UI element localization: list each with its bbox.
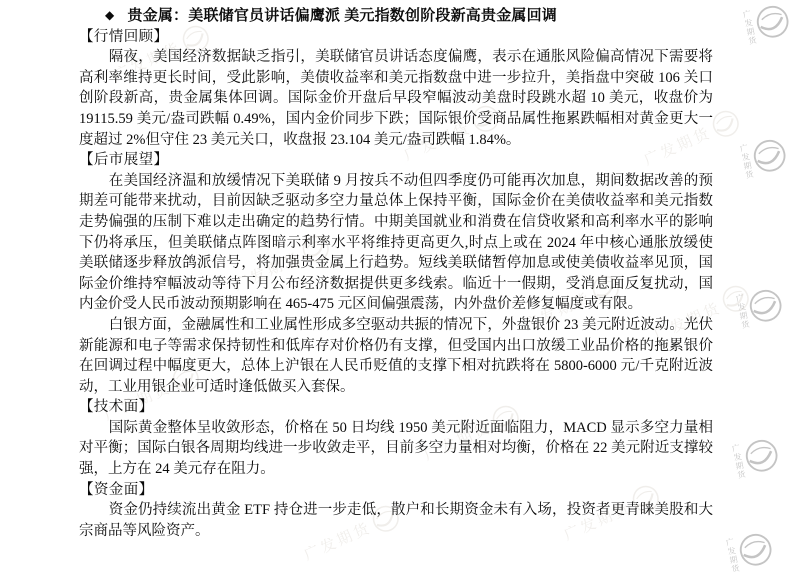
gf-futures-logo-icon — [735, 530, 775, 570]
paragraph-funds: 资金仍持续流出黄金 ETF 持仓进一步走低，散户和长期资金未有入场，投资者更青睐… — [79, 500, 713, 541]
paragraph-market-review: 隔夜，美国经济数据缺乏指引，美联储官员讲话态度偏鹰，表示在通胀风险偏高情况下需要… — [79, 47, 713, 150]
gf-futures-logo-icon — [749, 136, 789, 176]
watermark-brand-text: 广发期货 — [734, 293, 750, 330]
paragraph-outlook-gold: 在美国经济温和放缓情况下美联储 9 月按兵不动但四季度仍可能再次加息，期间数据改… — [79, 171, 713, 315]
gf-futures-logo-icon — [741, 436, 781, 476]
gf-futures-watermark: 广发期货 — [730, 436, 782, 481]
gf-futures-watermark: 广发期货 — [724, 530, 776, 572]
paragraph-technical: 国际黄金整体呈收敛形态，价格在 50 日均线 1950 美元附近面临阻力，MAC… — [79, 418, 713, 480]
gf-futures-logo-icon — [752, 2, 792, 42]
diamond-bullet-icon: ◆ — [105, 5, 114, 26]
document-page: 广发期货 广发期货 广发期货 广发期货 — [0, 0, 792, 572]
gf-futures-logo-icon — [745, 286, 785, 326]
watermark-brand-text: 广发期货 — [730, 443, 746, 480]
section-heading-funds: 【资金面】 — [79, 480, 713, 501]
section-heading-technical: 【技术面】 — [79, 397, 713, 418]
paragraph-outlook-silver: 白银方面，金融属性和工业属性形成多空驱动共振的情况下，外盘银价 23 美元附近波… — [79, 315, 713, 397]
gf-futures-watermark: 广发期货 — [738, 136, 790, 181]
gf-futures-watermark: 广发期货 — [741, 2, 792, 47]
section-heading-outlook: 【后市展望】 — [79, 150, 713, 171]
report-title-text: 贵金属：美联储官员讲话偏鹰派 美元指数创阶段新高贵金属回调 — [127, 8, 557, 24]
gf-futures-logo-icon — [717, 280, 754, 317]
watermark-brand-text: 广发期货 — [724, 537, 740, 572]
report-title: ◆贵金属：美联储官员讲话偏鹰派 美元指数创阶段新高贵金属回调 — [79, 5, 713, 27]
watermark-brand-text: 广发期货 — [741, 9, 757, 46]
report-body: ◆贵金属：美联储官员讲话偏鹰派 美元指数创阶段新高贵金属回调 【行情回顾】 隔夜… — [79, 5, 713, 541]
section-heading-market-review: 【行情回顾】 — [79, 27, 713, 48]
watermark-brand-text: 广发期货 — [738, 143, 754, 180]
gf-futures-watermark: 广发期货 — [734, 286, 786, 331]
